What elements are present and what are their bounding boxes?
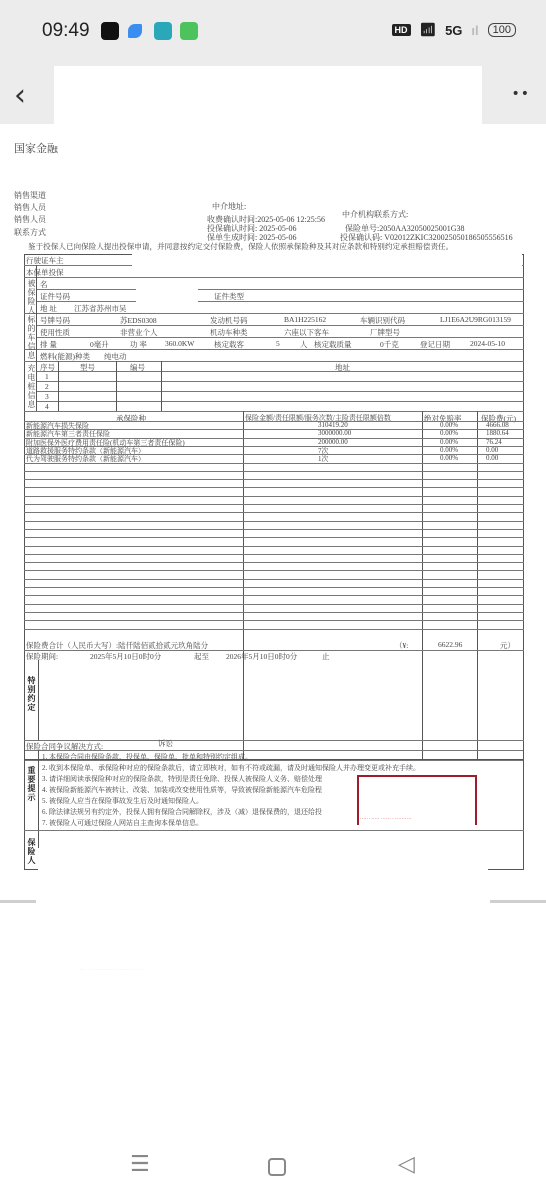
hd-icon: HD (392, 24, 411, 36)
scroll-edge (0, 900, 36, 903)
name-label: 名 (40, 279, 48, 290)
coverage-premium: 1880.64 (486, 429, 509, 437)
period-start: 2025年5月10日0时0分 (90, 651, 161, 662)
seal-text: ······ ····· ······ · ·········· (360, 817, 412, 822)
period-label: 保险期间: (26, 651, 58, 662)
sales-channel: 销售渠道 (14, 190, 46, 201)
signal-icon: ıl (471, 23, 478, 38)
coverage-deductible: 0.00% (440, 446, 458, 454)
home-icon[interactable] (268, 1158, 286, 1176)
license-owner-label: 行驶证车主 (26, 255, 64, 266)
displacement-label: 排 量 (40, 339, 57, 350)
table-divider (24, 562, 524, 563)
coverage-premium: 76.24 (486, 438, 502, 446)
table-divider (24, 554, 524, 555)
engine-label: 发动机号码 (210, 315, 248, 326)
coverage-premium: 0.00 (486, 446, 498, 454)
back-triangle-icon[interactable]: ◁ (398, 1152, 415, 1177)
policy-table (24, 254, 524, 760)
vehicle-type-label: 机动车种类 (210, 327, 248, 338)
reg-date-label: 登记日期 (420, 339, 450, 350)
charger-header-address: 地址 (335, 362, 350, 373)
blue-app-icon (128, 24, 142, 38)
table-divider (24, 612, 524, 613)
address-value: 江苏省苏州市吴 (74, 303, 127, 314)
usage-label: 使用性质 (40, 327, 70, 338)
plate-value: 苏EDS0308 (120, 315, 157, 326)
period-stop: 止 (322, 651, 330, 662)
agency-address: 中介地址: (212, 201, 246, 212)
table-divider (24, 471, 524, 472)
sales-person-1: 销售人员 (14, 202, 46, 213)
coverage-amount: 200000.00 (318, 438, 348, 446)
table-divider (24, 620, 524, 621)
coverage-amount: 1次 (318, 454, 329, 464)
charger-row: 4 (45, 402, 49, 411)
insurer-section: 保险人 (26, 838, 37, 865)
coverage-premium: 4666.08 (486, 421, 509, 429)
menu-icon[interactable]: ☰ (130, 1152, 150, 1177)
load-value: 0千克 (380, 339, 399, 350)
table-divider (24, 487, 524, 488)
table-divider (24, 529, 524, 530)
top-nav-bar: ‹ •• (0, 64, 546, 124)
wifi-icon: 📶︎ (420, 22, 437, 38)
coverage-deductible: 0.00% (440, 454, 458, 462)
model-label: 厂牌型号 (370, 327, 400, 338)
battery-icon: 100 (488, 23, 516, 37)
charger-header-code: 编号 (130, 362, 145, 373)
dispute-value: 诉讼 (158, 738, 173, 749)
power-label: 功 率 (130, 339, 147, 350)
table-divider (24, 512, 524, 513)
table-divider (24, 629, 524, 630)
table-divider (24, 479, 524, 480)
sales-person-2: 销售人员 (14, 214, 46, 225)
special-section: 特别约定 (26, 676, 37, 712)
status-bar: 09:49 HD 📶︎ 5G ıl 100 (0, 0, 546, 64)
clock: 09:49 (42, 20, 90, 42)
coverage-deductible: 0.00% (440, 438, 458, 446)
usage-value: 非营业个人 (120, 327, 158, 338)
insured-section: 被保险人 (26, 279, 37, 315)
table-divider (24, 604, 524, 605)
coverage-name: 代为驾驶服务特约条款（新能源汽车） (26, 454, 145, 464)
engine-value: BA1H225162 (284, 315, 326, 324)
charger-header-model: 型号 (80, 362, 95, 373)
faded-text: ····· ·· ············ ·········· ······· (78, 968, 143, 973)
fuel-label: 燃料(能源)种类 (40, 351, 90, 362)
charger-row: 2 (45, 382, 49, 391)
tiktok-icon (101, 22, 119, 40)
notice-item: 3. 请详细阅读承保险种对应的保险条款，特别是责任免除、投保人被保险人义务、赔偿… (42, 774, 322, 784)
table-divider (24, 546, 524, 547)
more-dots-icon[interactable]: •• (511, 86, 530, 102)
notice-item: 7. 被保险人可通过保险人网站自主查询本保单信息。 (42, 818, 203, 828)
id-type-label: 证件类型 (214, 291, 244, 302)
coverage-amount: 3000000.00 (318, 429, 351, 437)
total-value: 6622.96 (438, 640, 462, 649)
title-redaction (54, 66, 482, 130)
plate-label: 号牌号码 (40, 315, 70, 326)
chevron-left-icon[interactable]: ‹ (14, 78, 26, 113)
seats-label: 核定载客 (214, 339, 244, 350)
charger-row: 3 (45, 392, 49, 401)
table-divider (24, 496, 524, 497)
redaction (136, 278, 198, 302)
intro-text: 鉴于投保人已向保险人提出投保申请，并同意按约定交付保险费，保险人依照承保险种及其… (28, 241, 453, 252)
coverage-premium: 0.00 (486, 454, 498, 462)
coverage-amount: 310419.20 (318, 421, 348, 429)
contact: 联系方式 (14, 227, 46, 238)
notice-item: 6. 除法律法规另有约定外，投保人拥有保险合同解除权，涉及（减）退保保费的，退还… (42, 807, 322, 817)
displacement-value: 0毫升 (90, 339, 109, 350)
period-end: 2026年5月10日0时0分 (226, 651, 297, 662)
seats-value: 5 (276, 339, 280, 348)
address-label: 地 址 (40, 303, 57, 314)
notice-section: 重要提示 (26, 766, 37, 802)
power-value: 360.0KW (165, 339, 194, 348)
table-divider (24, 570, 524, 571)
period-from: 起至 (194, 651, 209, 662)
company-name: 国家金融 (14, 140, 58, 156)
teal-app-icon (154, 22, 172, 40)
scroll-edge (490, 900, 546, 903)
table-divider (24, 587, 524, 588)
id-no-label: 证件号码 (40, 291, 70, 302)
agency-contact: 中介机构联系方式: (342, 209, 408, 220)
coverage-deductible: 0.00% (440, 421, 458, 429)
seats-unit: 人 (300, 339, 308, 350)
notice-item: 2. 收到本保险单、承保险种对应的保险条款后，请立即核对，如有不符或疏漏，请及时… (42, 763, 420, 773)
vehicle-section: 标的车信息 (26, 315, 37, 360)
table-divider (24, 504, 524, 505)
reg-date-value: 2024-05-10 (470, 339, 505, 348)
table-divider (24, 537, 524, 538)
load-label: 核定载质量 (314, 339, 352, 350)
table-divider (24, 521, 524, 522)
redaction (54, 124, 482, 146)
coverage-header-name: 承保险种 (116, 413, 146, 424)
notice-item: 5. 被保险人应当在保险事故发生后及时通知保险人。 (42, 796, 203, 806)
vin-label: 车辆识别代码 (360, 315, 405, 326)
signal-5g-icon: 5G (445, 23, 462, 38)
redaction (132, 254, 522, 268)
table-divider (24, 595, 524, 596)
charger-row: 1 (45, 372, 49, 381)
green-app-icon (180, 22, 198, 40)
notice-item: 1. 本保险合同由保险条款、投保单、保险单、批单和特别约定组成。 (42, 752, 252, 762)
table-divider (24, 579, 524, 580)
coverage-deductible: 0.00% (440, 429, 458, 437)
vin-value: LJ1E6A2U9RG013159 (440, 315, 511, 324)
notice-item: 4. 被保险新能源汽车被转让、改装、加装或改变使用性质等，导致被保险新能源汽车危… (42, 785, 322, 795)
vehicle-type-value: 六座以下客车 (284, 327, 329, 338)
redaction (38, 848, 488, 898)
policy-holder-label: 本保单投保 (26, 267, 64, 278)
charger-section: 充电桩信息 (26, 364, 37, 409)
